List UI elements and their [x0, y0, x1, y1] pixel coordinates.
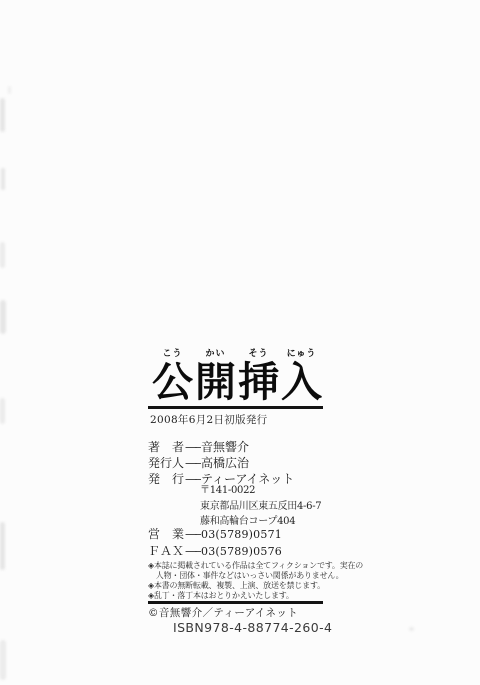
- notes-list: ◈本誌に掲載されている作品は全てフィクションです。実在の 人物・団体・事件などは…: [148, 561, 363, 601]
- title-char: かい 開: [194, 349, 237, 404]
- contact-value: 03(5789)0571: [201, 528, 282, 541]
- scan-artifact: [0, 242, 5, 268]
- scan-artifact: [8, 86, 11, 94]
- address-line: 東京都品川区東五反田4-6-7: [200, 499, 321, 515]
- contact-value: 03(5789)0576: [201, 545, 282, 558]
- scan-artifact: [0, 522, 5, 570]
- title-char: そう 挿: [237, 349, 280, 404]
- contact-label: 営 業: [148, 526, 185, 543]
- contact-dash: ——: [185, 543, 201, 560]
- title-kanji: 入: [281, 360, 322, 404]
- scan-artifact: [409, 627, 414, 631]
- edition-date: 2008年6月2日初版発行: [150, 413, 267, 427]
- isbn-number: ISBN978-4-88774-260-4: [173, 620, 332, 635]
- title-char: こう 公: [151, 349, 194, 404]
- credit-value: 高橋広治: [201, 456, 249, 470]
- credits-list: 著 者——音無響介 発行人——高橋広治 発 行——ティーアイネット: [148, 439, 294, 487]
- scan-artifact: [0, 640, 6, 680]
- scan-artifact: [0, 98, 5, 132]
- credit-row-publisher-person: 発行人——高橋広治: [148, 455, 294, 471]
- title-kanji: 挿: [238, 360, 279, 404]
- credit-dash: ——: [185, 455, 201, 471]
- title-char: にゅう 入: [280, 349, 323, 404]
- title-kanji: 開: [195, 360, 236, 404]
- copyright-divider: [148, 601, 323, 604]
- note-line: 人物・団体・事件などはいっさい関係がありません。: [148, 571, 363, 581]
- scan-artifact: [0, 398, 5, 424]
- book-title: こう 公 かい 開 そう 挿 にゅう 入: [151, 349, 323, 404]
- title-kanji: 公: [152, 360, 193, 404]
- credit-label: 発 行: [148, 471, 185, 487]
- scan-artifact: [0, 300, 6, 334]
- credit-dash: ——: [185, 471, 201, 487]
- colophon-page: こう 公 かい 開 そう 挿 にゅう 入 2008年6月2日初版発行 著 者——…: [0, 0, 480, 685]
- scanned-colophon-page: { "colophon": { "title": { "kanji": ["公"…: [0, 0, 480, 685]
- contact-row-sales: 営 業——03(5789)0571: [148, 526, 282, 543]
- contact-list: 営 業——03(5789)0571 ＦＡＸ——03(5789)0576: [148, 526, 282, 559]
- contact-label: ＦＡＸ: [148, 543, 185, 560]
- credit-label: 発行人: [148, 455, 185, 471]
- note-line: ◈本誌に掲載されている作品は全てフィクションです。実在の: [148, 561, 363, 571]
- credit-value: 音無響介: [201, 440, 249, 454]
- scan-artifact: [1, 168, 5, 190]
- contact-dash: ——: [185, 526, 201, 543]
- publisher-address: 〒141-0022 東京都品川区東五反田4-6-7 藤和高輪台コープ404: [200, 483, 321, 530]
- postal-code: 〒141-0022: [200, 483, 321, 499]
- note-line: ◈本書の無断転載、複製、上演、放送を禁じます。: [148, 581, 363, 591]
- title-underline: [148, 406, 323, 409]
- note-line: ◈乱丁・落丁本はおとりかえいたします。: [148, 591, 363, 601]
- credit-row-author: 著 者——音無響介: [148, 439, 294, 455]
- credit-label: 著 者: [148, 439, 185, 455]
- copyright-line: ©音無響介／ティーアイネット: [148, 607, 298, 620]
- contact-row-fax: ＦＡＸ——03(5789)0576: [148, 543, 282, 560]
- credit-dash: ——: [185, 439, 201, 455]
